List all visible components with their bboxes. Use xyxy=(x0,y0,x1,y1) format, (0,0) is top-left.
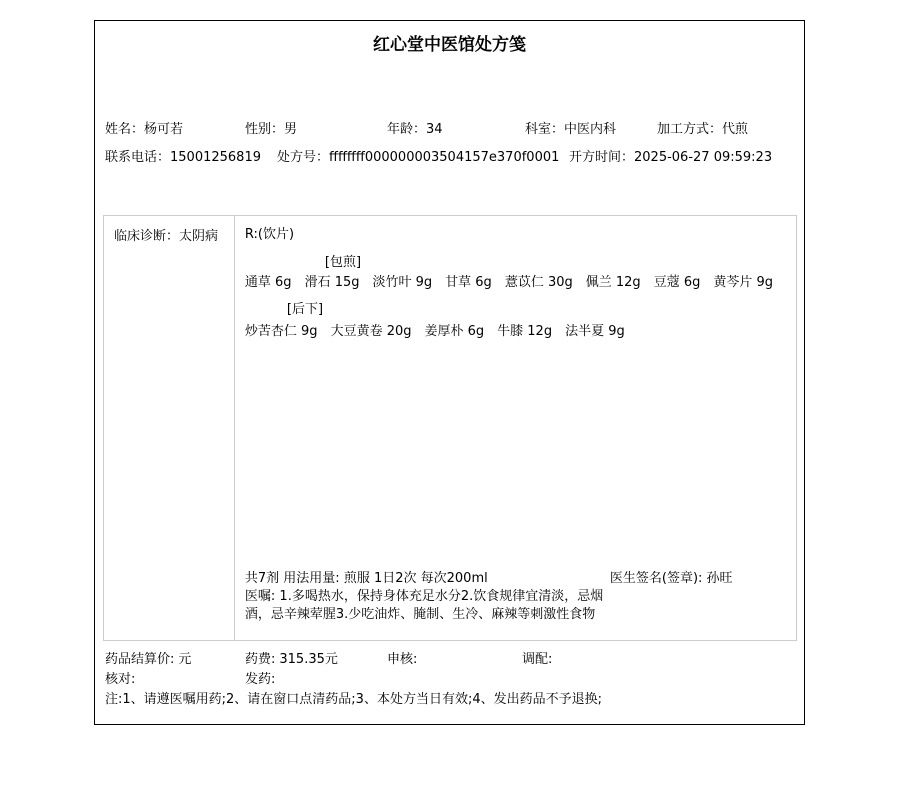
prescription-table: 临床诊断：太阴病 R:(饮片) [包煎] 通草 6g滑石 15g淡竹叶 9g甘草… xyxy=(103,215,797,641)
herb-item: 甘草 6g xyxy=(445,274,492,292)
herb-item: 淡竹叶 9g xyxy=(373,274,433,292)
rx-number-field: 处方号：ffffffff000000003504157e370f0001 xyxy=(277,149,559,167)
herb-list-baojian: 通草 6g滑石 15g淡竹叶 9g甘草 6g薏苡仁 30g佩兰 12g豆蔻 6g… xyxy=(245,274,786,292)
prescription-sheet: 红心堂中医馆处方笺 姓名：杨可若 性别：男 年龄：34 科室：中医内科 加工方式… xyxy=(94,20,805,725)
usage-row: 共7剂 用法用量: 煎服 1日2次 每次200ml 医生签名(签章):孙旺 xyxy=(245,570,786,588)
herb-item: 牛膝 12g xyxy=(497,323,552,341)
prepare-label: 调配: xyxy=(522,652,552,667)
diagnosis-value: 太阴病 xyxy=(179,229,218,244)
patient-name-field: 姓名：杨可若 xyxy=(105,121,183,139)
diagnosis-cell: 临床诊断：太阴病 xyxy=(104,216,235,640)
footer-note: 注:1、请遵医嘱用药;2、请在窗口点清药品;3、本处方当日有效;4、发出药品不予… xyxy=(105,691,602,709)
check-field: 核对: xyxy=(105,671,135,689)
gender-value: 男 xyxy=(284,122,297,137)
prepare-field: 调配: xyxy=(522,651,552,669)
processing-field: 加工方式：代煎 xyxy=(657,121,748,139)
settle-price-value: 元 xyxy=(178,652,191,667)
issue-time-label: 开方时间： xyxy=(569,150,634,165)
department-value: 中医内科 xyxy=(564,122,616,137)
diagnosis-label: 临床诊断： xyxy=(114,229,179,244)
fee-label: 药费: xyxy=(245,652,275,667)
fee-value: 315.35元 xyxy=(279,652,338,667)
gender-label: 性别： xyxy=(245,122,284,137)
phone-value: 15001256819 xyxy=(170,150,261,165)
herb-item: 薏苡仁 30g xyxy=(505,274,573,292)
age-field: 年龄：34 xyxy=(387,121,443,139)
rx-number-value: ffffffff000000003504157e370f0001 xyxy=(329,150,559,165)
audit-field: 申核: xyxy=(387,651,417,669)
fee-field: 药费:315.35元 xyxy=(245,651,338,669)
patient-name-value: 杨可若 xyxy=(144,122,183,137)
processing-label: 加工方式： xyxy=(657,122,722,137)
age-value: 34 xyxy=(426,122,443,137)
herb-item: 滑石 15g xyxy=(305,274,360,292)
rx-header: R:(饮片) xyxy=(245,226,786,244)
audit-label: 申核: xyxy=(387,652,417,667)
page-title: 红心堂中医馆处方笺 xyxy=(95,34,804,56)
herb-item: 黄芩片 9g xyxy=(713,274,773,292)
herb-list-houxia: 炒苦杏仁 9g大豆黄卷 20g姜厚朴 6g牛膝 12g法半夏 9g xyxy=(245,323,786,341)
issue-time-field: 开方时间：2025-06-27 09:59:23 xyxy=(569,149,772,167)
advice-line-1: 医嘱: 1.多喝热水，保持身体充足水分2.饮食规律宜清淡，忌烟 xyxy=(245,588,786,606)
issue-time-value: 2025-06-27 09:59:23 xyxy=(634,150,772,165)
settle-price-label: 药品结算价: xyxy=(105,652,174,667)
phone-label: 联系电话： xyxy=(105,150,170,165)
dosage-line: 共7剂 用法用量: 煎服 1日2次 每次200ml xyxy=(245,571,488,586)
gender-field: 性别：男 xyxy=(245,121,297,139)
patient-name-label: 姓名： xyxy=(105,122,144,137)
processing-value: 代煎 xyxy=(722,122,748,137)
decoction-tag-houxia: [后下] xyxy=(287,301,786,319)
doctor-signature-value: 孙旺 xyxy=(706,571,732,586)
dispense-label: 发药: xyxy=(245,672,275,687)
doctor-signature: 医生签名(签章):孙旺 xyxy=(610,570,733,588)
department-label: 科室： xyxy=(525,122,564,137)
herb-item: 通草 6g xyxy=(245,274,292,292)
herb-item: 佩兰 12g xyxy=(586,274,641,292)
usage-block: 共7剂 用法用量: 煎服 1日2次 每次200ml 医生签名(签章):孙旺 医嘱… xyxy=(245,570,786,624)
rx-number-label: 处方号： xyxy=(277,150,329,165)
settle-price-field: 药品结算价:元 xyxy=(105,651,191,669)
herb-item: 姜厚朴 6g xyxy=(425,323,485,341)
decoction-tag-baojian: [包煎] xyxy=(325,254,786,272)
herb-item: 豆蔻 6g xyxy=(654,274,701,292)
phone-field: 联系电话：15001256819 xyxy=(105,149,261,167)
herb-item: 法半夏 9g xyxy=(565,323,625,341)
age-label: 年龄： xyxy=(387,122,426,137)
dispense-field: 发药: xyxy=(245,671,275,689)
herb-item: 炒苦杏仁 9g xyxy=(245,323,318,341)
department-field: 科室：中医内科 xyxy=(525,121,616,139)
doctor-signature-label: 医生签名(签章): xyxy=(610,571,703,586)
prescription-cell: R:(饮片) [包煎] 通草 6g滑石 15g淡竹叶 9g甘草 6g薏苡仁 30… xyxy=(235,216,796,640)
check-label: 核对: xyxy=(105,672,135,687)
herb-item: 大豆黄卷 20g xyxy=(331,323,412,341)
advice-line-2: 酒，忌辛辣荤腥3.少吃油炸、腌制、生冷、麻辣等刺激性食物 xyxy=(245,606,786,624)
